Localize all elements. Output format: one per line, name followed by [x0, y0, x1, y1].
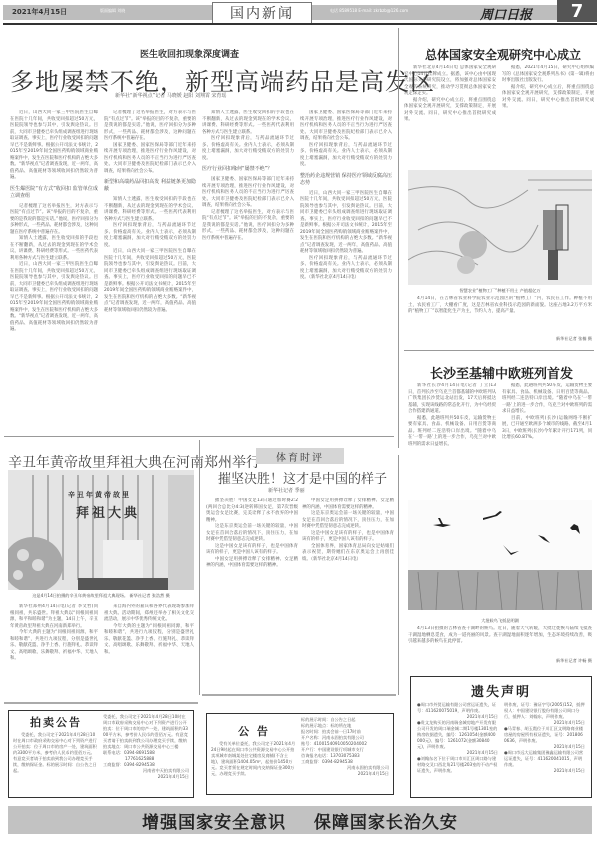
sports-headline: 摧坚决胜！这才是中国的样子 [218, 468, 387, 487]
dateline: （新华社北京4月14日电） [309, 275, 359, 280]
national-security-headline: 总体国家安全观研究中心成立 [425, 46, 581, 63]
masthead-rule [3, 23, 597, 25]
public-notice-left: 公 告 受有关单位委托，我公司定于2021年4月24日9时起在周口市公共资源交易… [211, 717, 297, 791]
section-divider [202, 694, 396, 696]
greenhouse-photo [408, 170, 592, 285]
lost-notice-box: 遗失声明 ●周口市外贸运输有限公司营运证遗失，证号：411620075019，声… [410, 676, 592, 798]
main-article-column-1: 近日，山西大同一家三甲医院医生自曝在医院十几年间，共收受回扣超过50万元，医院院… [10, 110, 98, 420]
auction-notice-title: 拍卖公告 [13, 714, 99, 730]
subhead: 医生爆医院“有方式”收回扣 监管单位成立调查组 [10, 186, 98, 200]
page-editor: 版面编辑 刘晓 [100, 8, 125, 14]
footer-slogan: 增强国家安全意识 保障国家长治久安 [8, 806, 592, 834]
yellow-emperor-column-1: 新华社郑州4月14日电(记者 李文哲)同根同祖，共乐盛世。拜祖大典以“同根同祖同… [10, 604, 98, 664]
sports-column-tag: 体育时评 [256, 448, 344, 464]
changsha-column-1: 新华社长沙4月14日电(记者 丁立)13日，首列长沙至乌克兰首都基辅的中欧班列从… [408, 383, 496, 483]
sports-column-1: 摧坚决胜！中国女足13日通过加时赛2:2(两回合总比分4:3)逆转韩国女足，第7… [206, 498, 298, 678]
lost-notice-title: 遗失声明 [417, 681, 585, 700]
subhead: 新型和高端药品回扣高发 利益链条更加隐蔽 [104, 179, 196, 193]
sports-byline: 新华社记者 季丽 [268, 487, 305, 494]
column-divider [199, 440, 200, 695]
changsha-headline: 长沙至基辅中欧班列首发 [430, 363, 573, 382]
birds-photo-text: 4月13日拍摄的吉林省查干湖畔的候鸟。近日，随着天气转暖，大批迁徙候鸟陆续飞抵查… [408, 626, 592, 662]
contact-info: 电话 8589518 E-mail: zkrbzb@126.com [330, 8, 408, 14]
column-divider [398, 28, 399, 448]
birds-photo-caption: 大批候鸟飞抵昆明湖 [408, 618, 592, 624]
greenhouse-photo-caption: 智慧农业“植物工厂”种植不用土 产值超亿万 [408, 288, 592, 294]
public-notice-right: 标的展示时间：自公告之日起 标的展示地点：标的所在地 报名时间：拍卖会前一日17… [301, 717, 389, 791]
lost-notice-column-1: ●周口市外贸运输有限公司营运证遗失，证号：411620075019，声明作废。 … [417, 702, 498, 774]
ceremony-banner-main: 拜祖大典 [76, 502, 140, 521]
section-divider [4, 702, 198, 704]
greenhouse-photo-credit: 新华社记者 张楠 摄 [540, 336, 592, 342]
main-article-byline: 新华社“新华视点”记者 马晓媛 赵阳 刘翔霄 宋育瑶 [115, 92, 227, 99]
main-article-column-4: 国家卫健委、国家医保局等部门近年来持续开展专项治理，推进医疗行业作风建设，对医疗… [300, 110, 392, 420]
section-divider [4, 436, 394, 437]
lost-notice-column-2: 明作废，证号：豫证字号(2005)152，抵押权人：中国建设银行股份有限公司周口… [504, 702, 585, 774]
changsha-column-2: 据悉，此趟班列共50车皮，运输货物主要有家具、食品、机械设备、日用百货等商品。班… [502, 383, 592, 483]
auction-notice-box: 拍卖公告 受委托，我公司定于2021年4月28日10时在周口市政府采购交易中心对… [8, 710, 194, 798]
sports-column-2: 中国女足用拼搏诠释了女排精神、女足精神的内涵，中国体育需要这样的精神。 这是东京… [302, 498, 394, 678]
subhead: 整治药企违规营销 保持医疗领域反腐高压态势 [300, 173, 392, 187]
main-article-column-2: 记者梳理了这名举报医生，对方表示与医院“有点过节”。该“举报的目的不复杂，重要的… [104, 110, 196, 420]
public-notice-title: 公 告 [211, 723, 297, 739]
migratory-birds-photo [408, 500, 592, 610]
auction-notice-right: 受委托，我公司定于2021年4月28日10时在周口市政府采购交易中心对下列资产进… [103, 714, 189, 794]
section-divider [404, 350, 594, 351]
ceremony-photo-caption: 这是4月14日拍摄的辛丑年黄帝故里拜祖大典现场。 新华社记者 张浩然 摄 [8, 593, 194, 599]
newspaper-logo: 周口日报 [480, 4, 532, 23]
issue-date: 2021年4月15日 [12, 7, 67, 17]
section-title: 国内新闻 [212, 2, 312, 24]
national-security-column-1: 新华社北京4月14日电 总体国家安全观研究中心14日挂牌成立。据悉，该中心由中国… [404, 65, 496, 165]
main-article-kicker: 医生收回扣现象深度调查 [140, 47, 239, 60]
ceremony-photo: 辛丑年黄帝故里 拜祖大典 [8, 470, 194, 590]
public-notice-box: 公 告 受有关单位委托，我公司定于2021年4月24日9时起在周口市公共资源交易… [206, 713, 394, 795]
column-divider [398, 455, 399, 695]
page-number: 7 [557, 0, 597, 22]
main-article-column-3: 知情人士透露，医生收受回扣的手段也在不断翻新，从过去的现金到现在的学术会议、讲课… [202, 110, 294, 420]
national-security-column-2: 据悉，2021年4月15日，研究中心组织编写的《总体国家安全观系列丛书》(第一辑… [502, 65, 594, 165]
auction-notice-left: 拍卖公告 受委托，我公司定于2021年4月28日10时在周口市政府采购交易中心对… [13, 714, 99, 794]
yellow-emperor-column-2: 来自海内外的嘉宾和各界代表现场参加拜祖大典。活动期间，郑州还举办了相关文化交流活… [104, 604, 194, 664]
ceremony-banner-top: 辛丑年黄帝故里 [68, 490, 131, 500]
dateline: （新华社北京4月14日电） [311, 557, 361, 562]
birds-photo-credit: 新华社记者 许畅 摄 [540, 658, 592, 664]
subhead: 医疗行业回扣缘何“屡禁不绝”？ [202, 166, 294, 173]
greenhouse-photo-text: 4月14日，在吉林省农业科学院农业示范园区的“植物工厂”内，农民在工作。种植不用… [408, 296, 592, 338]
